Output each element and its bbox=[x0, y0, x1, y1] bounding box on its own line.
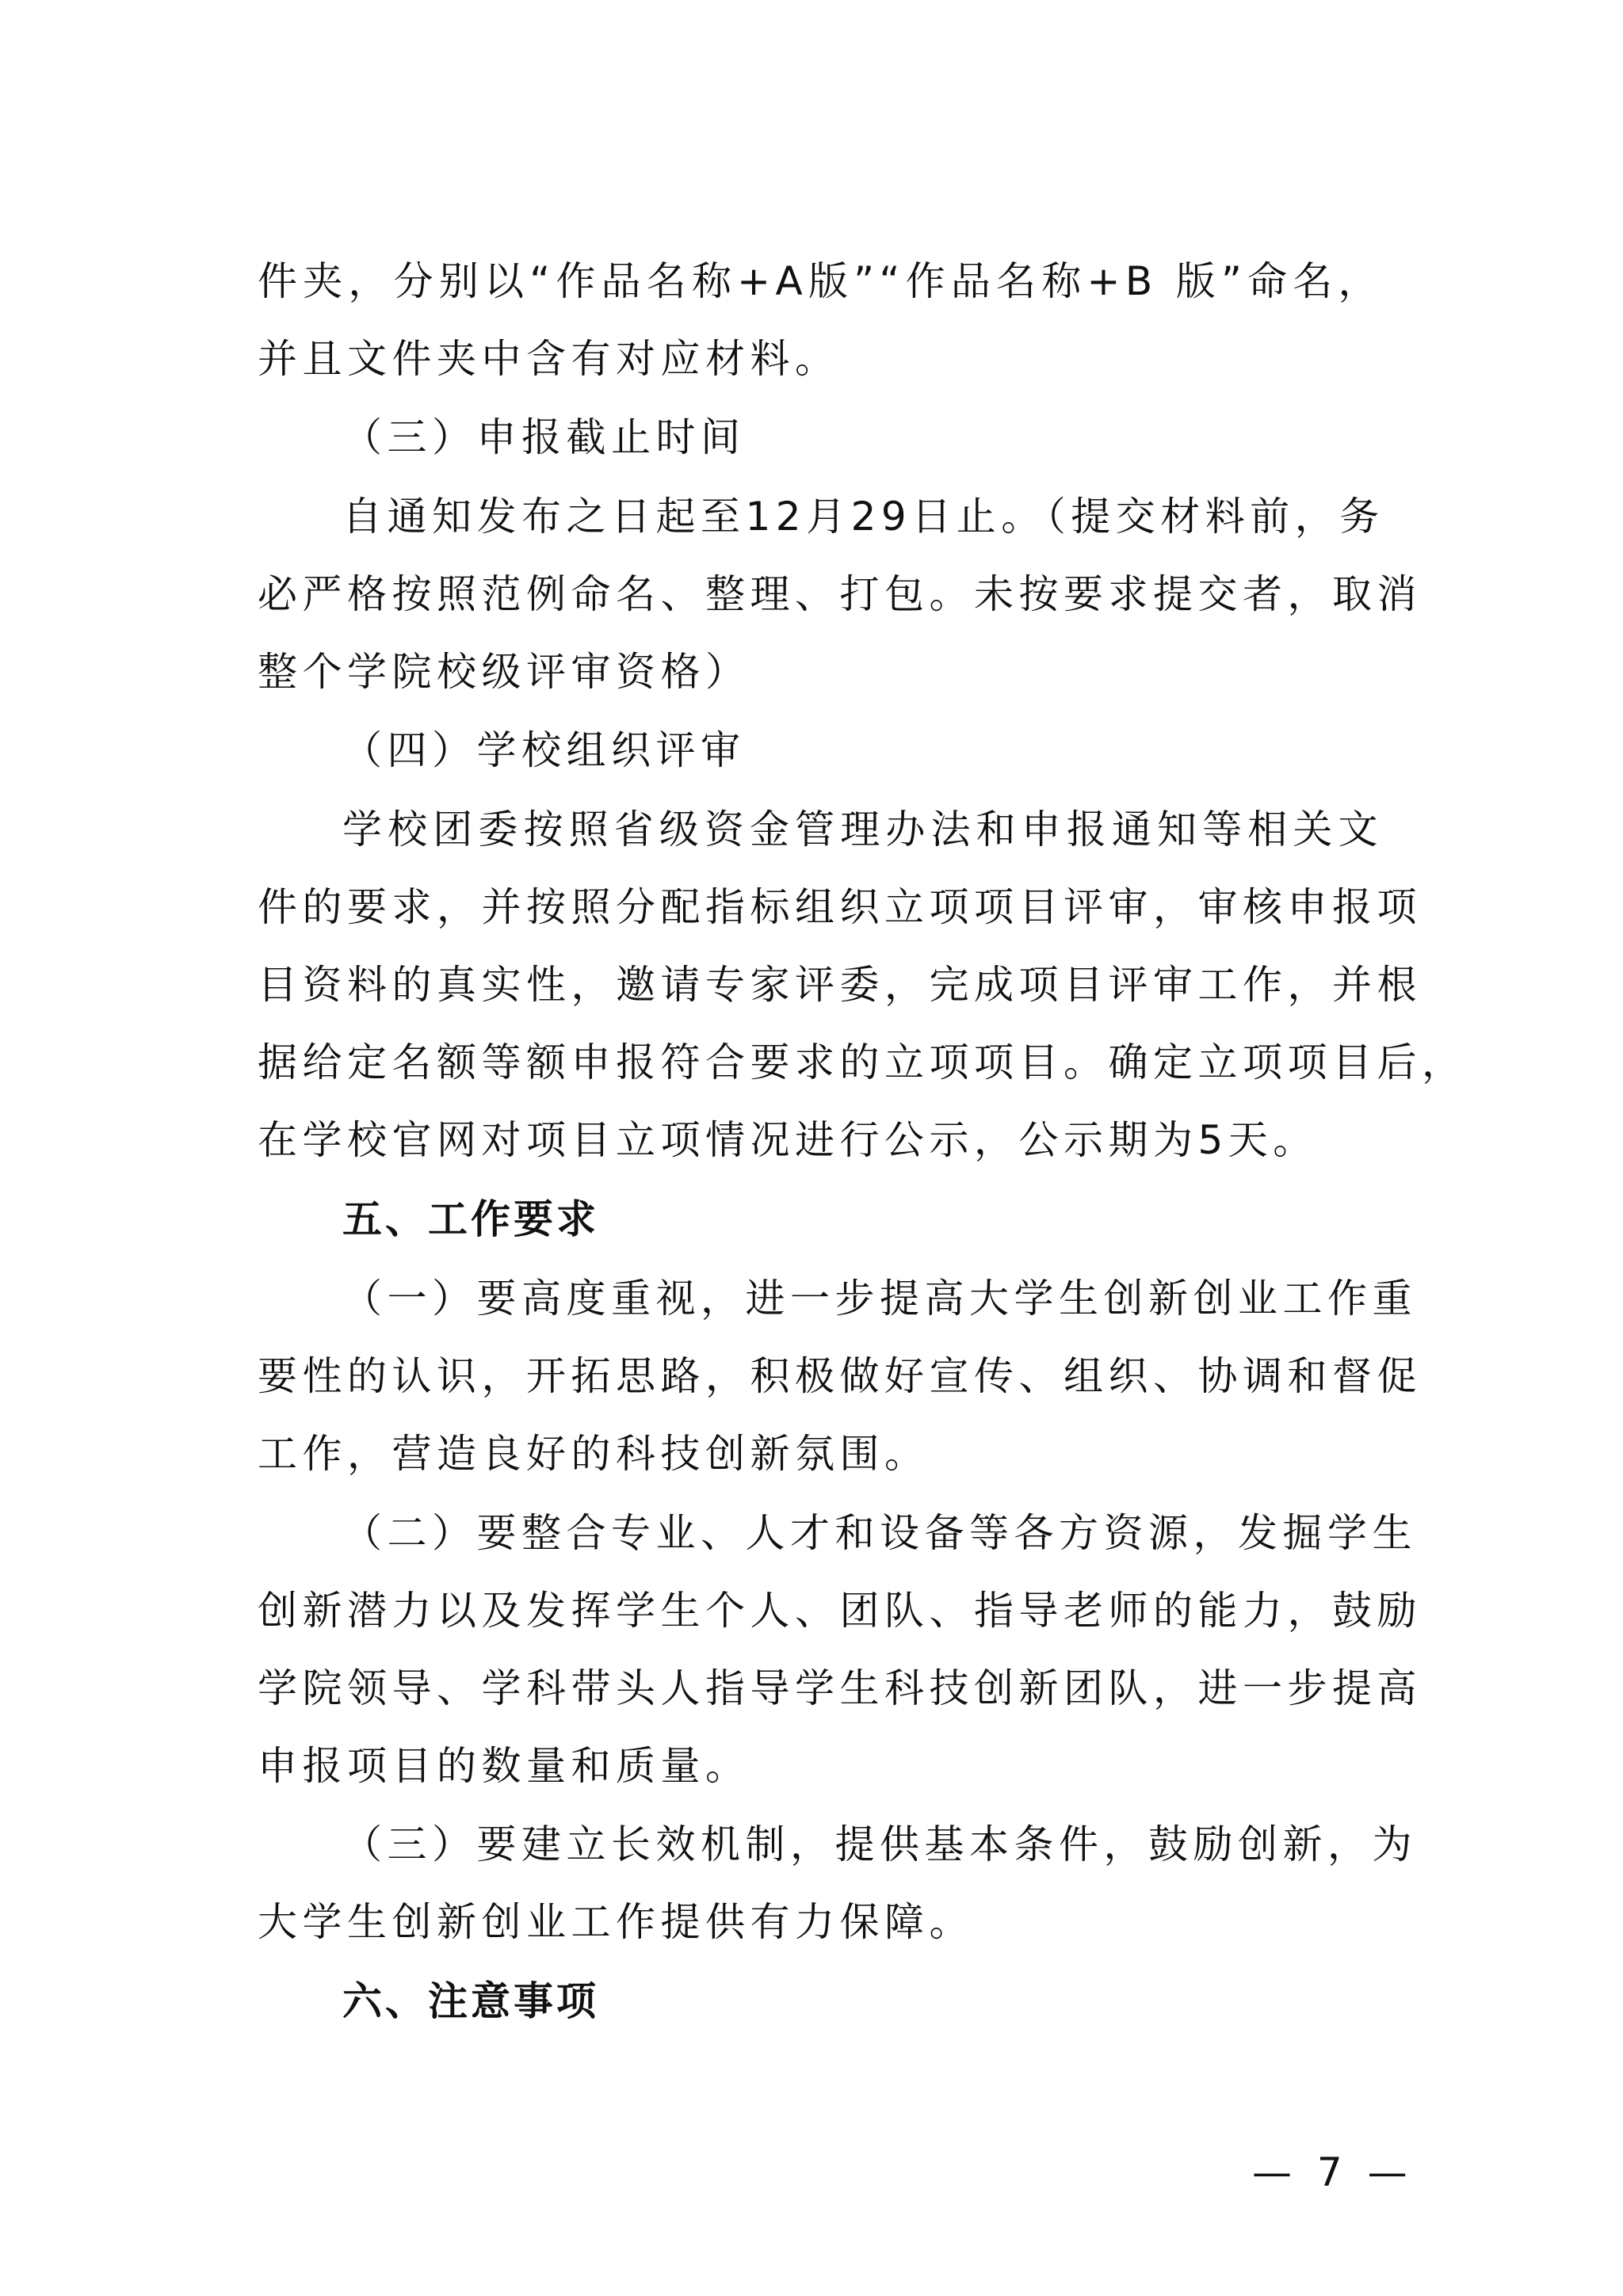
body-line: 件夹，分别以“作品名称+A版”“作品名称+B 版”命名， bbox=[258, 257, 1383, 305]
body-line: 并且文件夹中含有对应材料。 bbox=[258, 335, 1383, 383]
body-line: 整个学院校级评审资格） bbox=[258, 648, 1383, 696]
subheading-school-review: （四）学校组织评审 bbox=[342, 727, 746, 774]
body-line: 创新潜力以及发挥学生个人、团队、指导老师的能力，鼓励 bbox=[258, 1587, 1383, 1634]
body-line: 申报项目的数量和质量。 bbox=[258, 1742, 1383, 1790]
subheading-deadline: （三）申报截止时间 bbox=[342, 414, 746, 461]
body-line: 必严格按照范例命名、整理、打包。未按要求提交者，取消 bbox=[258, 570, 1383, 618]
heading-work-requirements: 五、工作要求 bbox=[342, 1196, 599, 1243]
body-line: 学校团委按照省级资金管理办法和申报通知等相关文 bbox=[342, 806, 1383, 853]
body-line: 据给定名额等额申报符合要求的立项项目。确定立项项目后， bbox=[258, 1039, 1383, 1086]
body-line: 在学校官网对项目立项情况进行公示，公示期为5天。 bbox=[258, 1116, 1383, 1164]
body-line: 学院领导、学科带头人指导学生科技创新团队，进一步提高 bbox=[258, 1665, 1383, 1712]
body-line: （二）要整合专业、人才和设备等各方资源，发掘学生 bbox=[342, 1509, 1383, 1557]
document-page: 件夹，分别以“作品名称+A版”“作品名称+B 版”命名， 并且文件夹中含有对应材… bbox=[0, 0, 1623, 2296]
body-line: 自通知发布之日起至12月29日止。（提交材料前，务 bbox=[342, 493, 1383, 540]
body-line: 大学生创新创业工作提供有力保障。 bbox=[258, 1898, 1383, 1946]
body-line: 要性的认识，开拓思路，积极做好宣传、组织、协调和督促 bbox=[258, 1352, 1383, 1400]
heading-notes: 六、注意事项 bbox=[342, 1978, 599, 2025]
body-line: 目资料的真实性，邀请专家评委，完成项目评审工作，并根 bbox=[258, 961, 1383, 1009]
body-line: 工作，营造良好的科技创新氛围。 bbox=[258, 1430, 1383, 1478]
body-line: （三）要建立长效机制，提供基本条件，鼓励创新，为 bbox=[342, 1821, 1383, 1868]
body-line: 件的要求，并按照分配指标组织立项项目评审，审核申报项 bbox=[258, 883, 1383, 931]
body-line: （一）要高度重视，进一步提高大学生创新创业工作重 bbox=[342, 1275, 1383, 1322]
page-number: — 7 — bbox=[1252, 2149, 1414, 2196]
